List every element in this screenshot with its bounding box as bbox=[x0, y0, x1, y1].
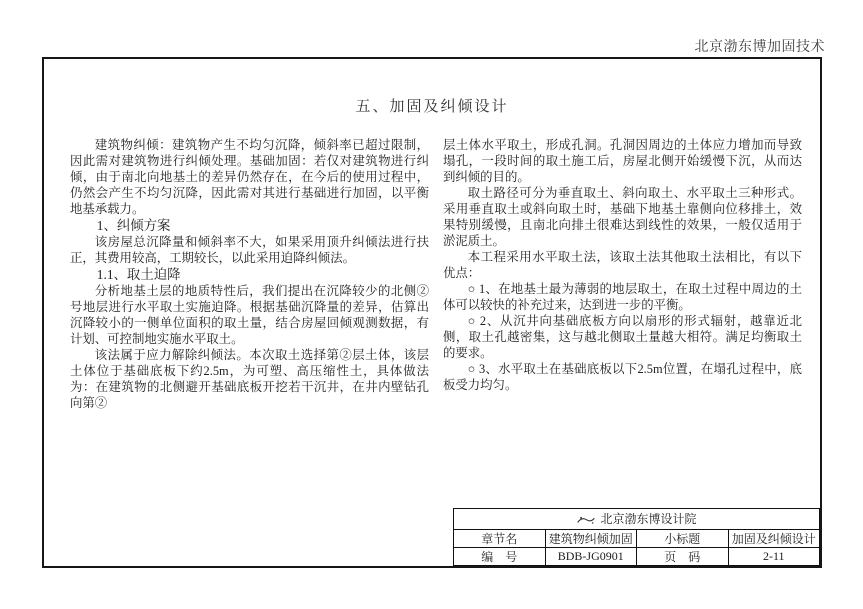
number-label: 编 号 bbox=[454, 548, 546, 566]
paragraph-stress-release-method: 该法属于应力解除纠倾法。本次取土选择第②层土体，该层土体位于基础底板下约2.5m… bbox=[70, 347, 429, 411]
section-heading-rectification-plan: 1、纠倾方案 bbox=[70, 217, 429, 234]
text-columns: 建筑物纠倾：建筑物产生不均匀沉降，倾斜率已超过限制，因此需对建筑物进行纠倾处理。… bbox=[70, 137, 802, 411]
section-heading-soil-extraction: 1.1、取土迫降 bbox=[70, 266, 429, 283]
subtitle-label: 小标题 bbox=[637, 530, 729, 548]
paragraph-extraction-paths: 取土路径可分为垂直取土、斜向取土、水平取土三种形式。采用垂直取土或斜向取土时，基… bbox=[443, 185, 802, 249]
number-value: BDB-JG0901 bbox=[545, 548, 637, 566]
subtitle-value: 加固及纠倾设计 bbox=[728, 530, 820, 548]
institute-name: 北京渤东博设计院 bbox=[600, 512, 696, 526]
paragraph-building-rectification: 建筑物纠倾：建筑物产生不均匀沉降，倾斜率已超过限制，因此需对建筑物进行纠倾处理。… bbox=[70, 137, 429, 217]
chapter-label: 章节名 bbox=[454, 530, 546, 548]
page-label: 页 码 bbox=[637, 548, 729, 566]
page-frame: 五、加固及纠倾设计 建筑物纠倾：建筑物产生不均匀沉降，倾斜率已超过限制，因此需对… bbox=[42, 57, 822, 568]
document-page: 北京渤东博加固技术 五、加固及纠倾设计 建筑物纠倾：建筑物产生不均匀沉降，倾斜率… bbox=[0, 0, 863, 609]
advantage-item-1: ○ 1、在地基土最为薄弱的地层取土，在取土过程中周边的土体可以较快的补充过来，达… bbox=[443, 281, 802, 313]
title-block-table: 北京渤东博设计院 章节名 建筑物纠倾加固 小标题 加固及纠倾设计 编 号 BDB… bbox=[453, 508, 820, 566]
paragraph-method-advantages-intro: 本工程采用水平取土法，该取土法其他取土法相比，有以下优点： bbox=[443, 249, 802, 281]
right-column: 层土体水平取土，形成孔洞。孔洞因周边的土体应力增加而导致塌孔，一段时间的取土施工… bbox=[443, 137, 802, 411]
page-value: 2-11 bbox=[728, 548, 820, 566]
advantage-item-3: ○ 3、水平取土在基础底板以下2.5m位置，在塌孔过程中，底板受力均匀。 bbox=[443, 361, 802, 393]
advantage-item-2: ○ 2、从沉井向基础底板方向以扇形的形式辐射，越靠近北侧，取土孔越密集，这与越北… bbox=[443, 313, 802, 361]
chapter-value: 建筑物纠倾加固 bbox=[545, 530, 637, 548]
paragraph-horizontal-extraction-continued: 层土体水平取土，形成孔洞。孔洞因周边的土体应力增加而导致塌孔，一段时间的取土施工… bbox=[443, 137, 802, 185]
header-company-name: 北京渤东博加固技术 bbox=[695, 36, 826, 56]
paragraph-geology-analysis: 分析地基土层的地质特性后，我们提出在沉降较少的北侧②号地层进行水平取土实施迫降。… bbox=[70, 283, 429, 347]
swoosh-logo-icon bbox=[576, 514, 596, 529]
paragraph-plan-choice: 该房屋总沉降量和倾斜率不大，如果采用顶升纠倾法进行扶正，其费用较高，工期较长，以… bbox=[70, 234, 429, 266]
page-title: 五、加固及纠倾设计 bbox=[44, 95, 820, 116]
left-column: 建筑物纠倾：建筑物产生不均匀沉降，倾斜率已超过限制，因此需对建筑物进行纠倾处理。… bbox=[70, 137, 429, 411]
institute-header-cell: 北京渤东博设计院 bbox=[454, 509, 820, 530]
